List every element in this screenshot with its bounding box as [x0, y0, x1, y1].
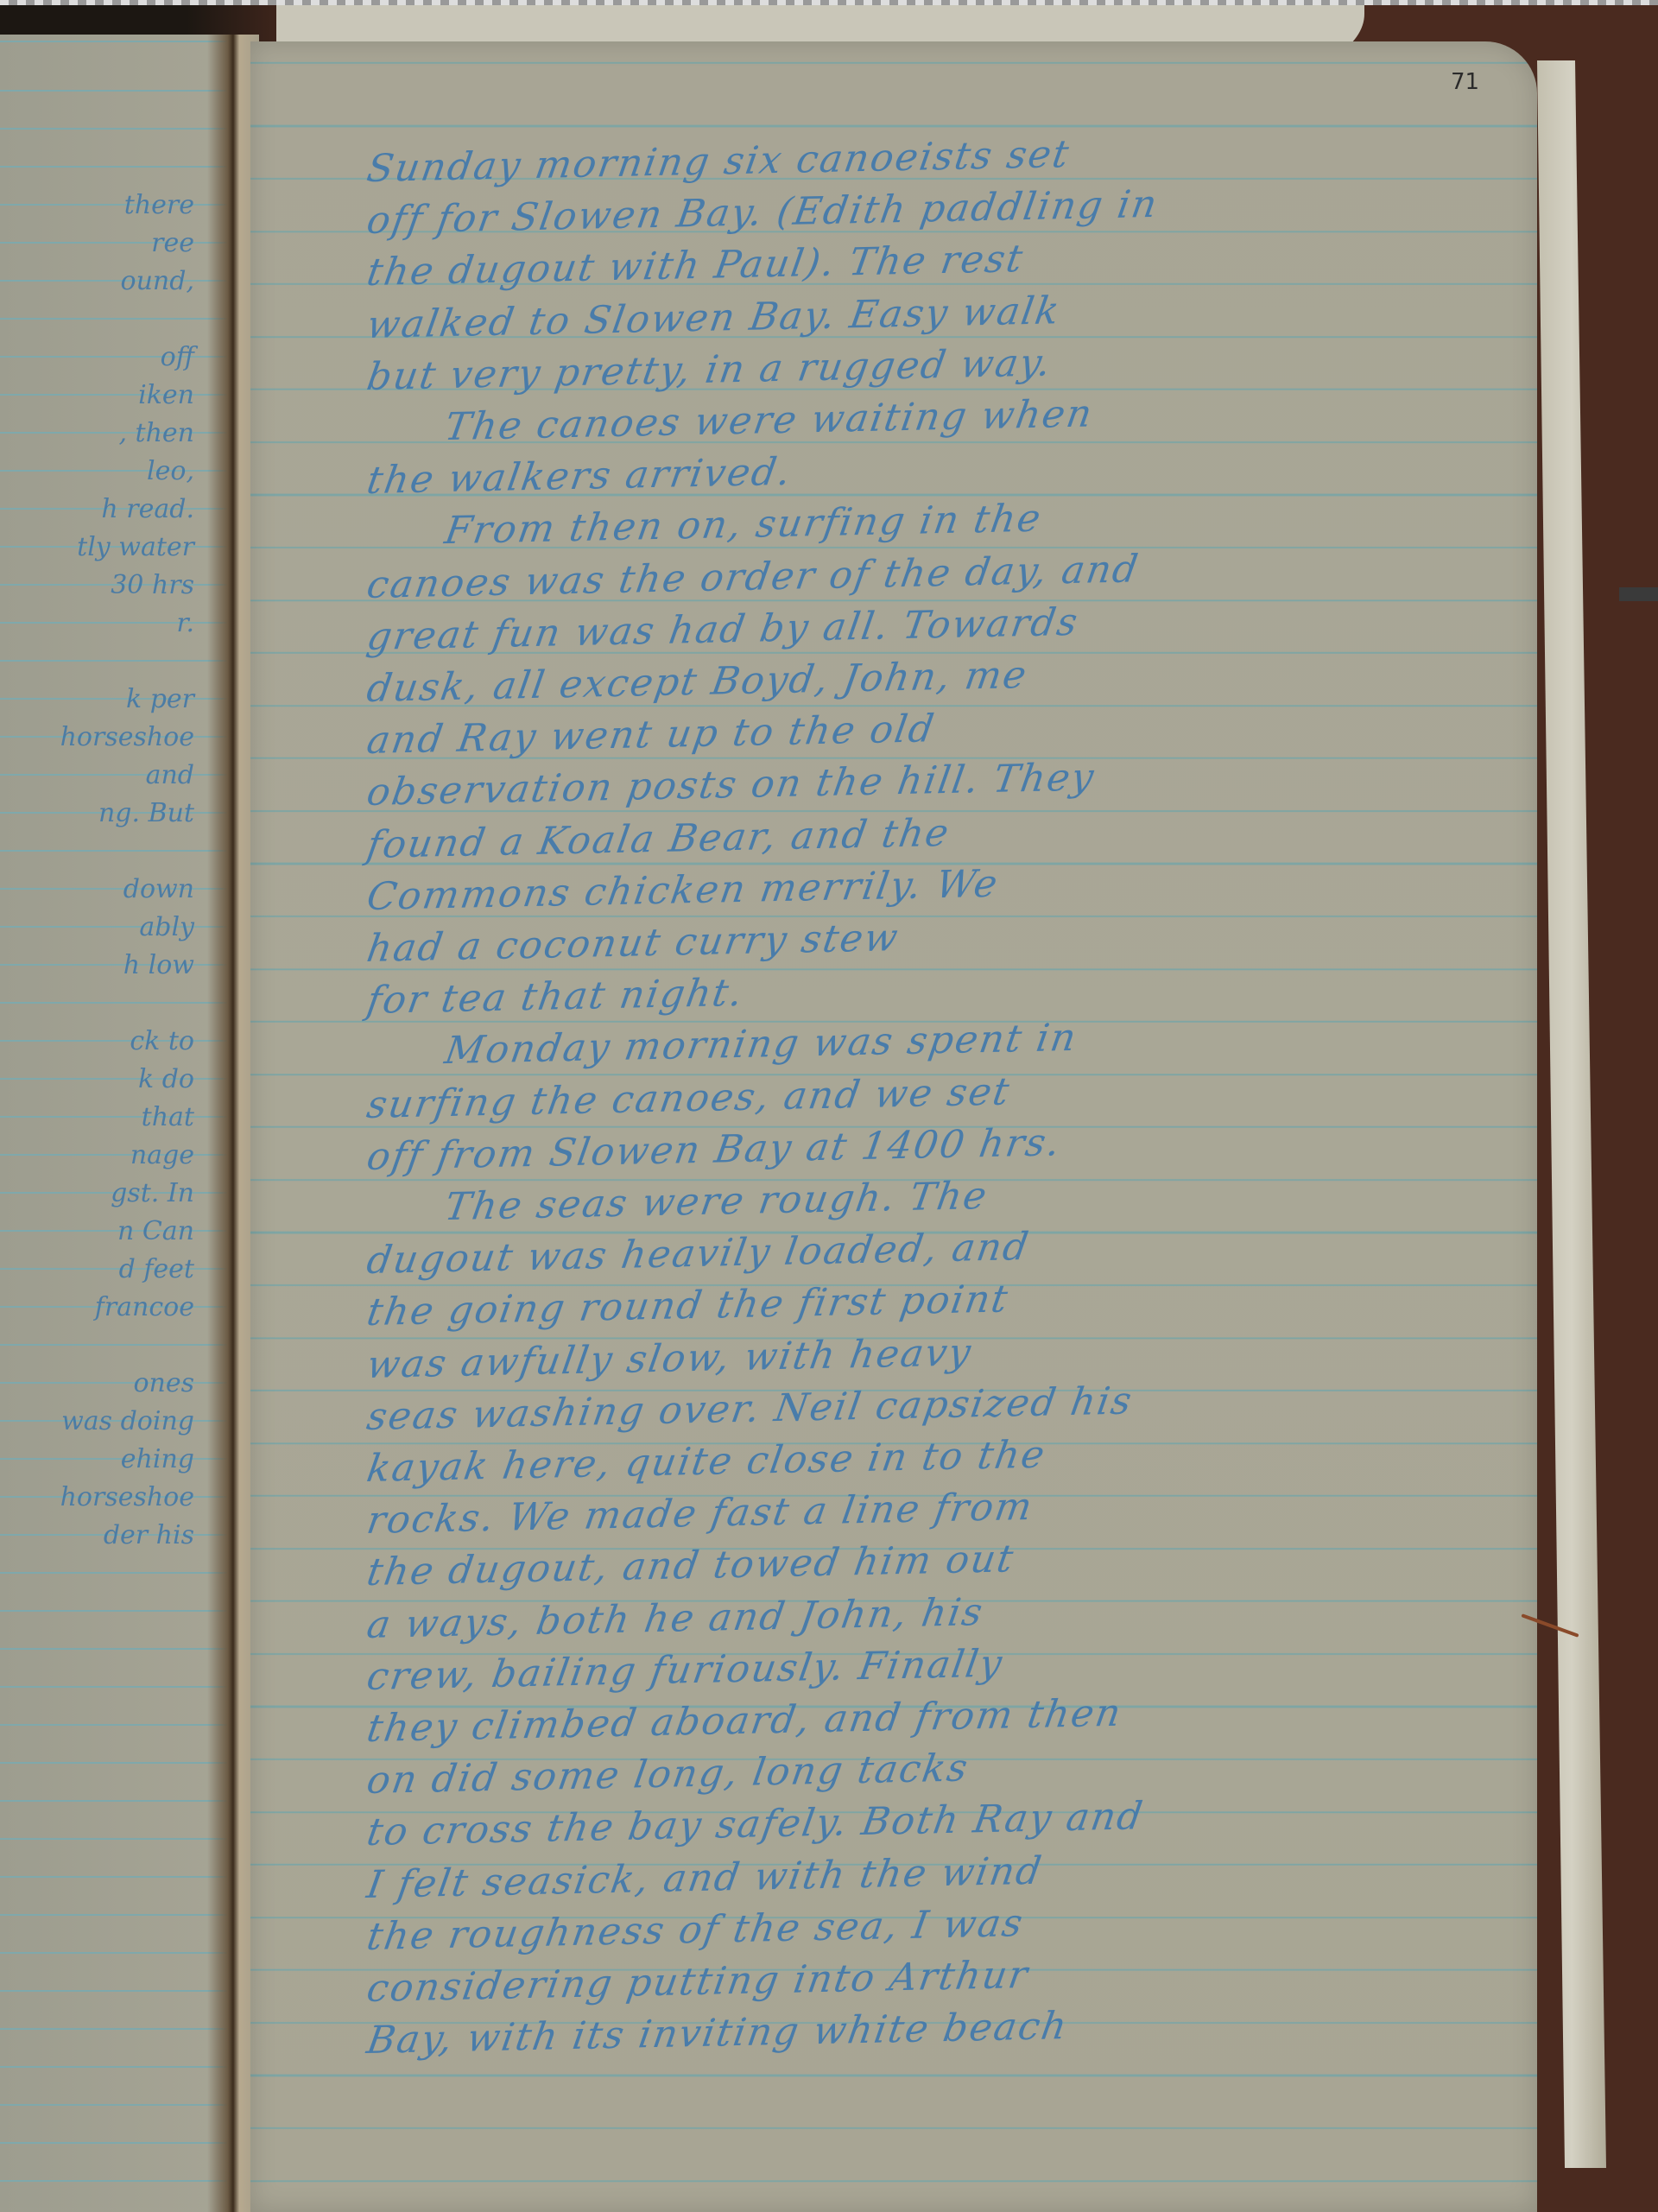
left-page-fragment: down [0, 874, 212, 910]
left-page-fragment: leo, [0, 456, 212, 492]
left-page-fragment: ound, [0, 266, 212, 302]
left-page-fragment: horseshoe [0, 722, 212, 758]
left-page-fragment: and [0, 760, 212, 796]
page-number: 71 [1451, 69, 1479, 95]
left-page-fragment: k do [0, 1064, 212, 1100]
left-page-fragment: gst. In [0, 1178, 212, 1214]
left-page-fragment: francoe [0, 1292, 212, 1328]
left-page-fragment: , then [0, 418, 212, 454]
left-page-fragment: there [0, 190, 212, 226]
left-page-fragment: d feet [0, 1254, 212, 1290]
left-page-fragment: h read. [0, 494, 212, 530]
left-page-fragment: r. [0, 608, 212, 644]
left-page-fragment: der his [0, 1520, 212, 1556]
page-edges-stack [1537, 60, 1606, 2168]
left-page-fragment: ehing [0, 1444, 212, 1480]
left-page-fragment: was doing [0, 1406, 212, 1442]
left-page-fragment: h low [0, 950, 212, 986]
table-surface-stripe [1619, 587, 1658, 601]
left-page-fragment: horseshoe [0, 1482, 212, 1518]
left-page-fragment: n Can [0, 1216, 212, 1252]
left-page-fragment: iken [0, 380, 212, 416]
left-page-fragment: that [0, 1102, 212, 1138]
left-page-fragment: ree [0, 228, 212, 264]
left-page-fragment: ng. But [0, 798, 212, 834]
left-page-fragment: ones [0, 1368, 212, 1404]
left-page-fragment: tly water [0, 532, 212, 568]
left-page-fragment: k per [0, 684, 212, 720]
left-page-fragment: 30 hrs [0, 570, 212, 606]
left-page-fragment: nage [0, 1140, 212, 1176]
left-page-fragment: ably [0, 912, 212, 948]
left-page-fragment: ck to [0, 1026, 212, 1062]
left-page-fragment: off [0, 342, 212, 378]
